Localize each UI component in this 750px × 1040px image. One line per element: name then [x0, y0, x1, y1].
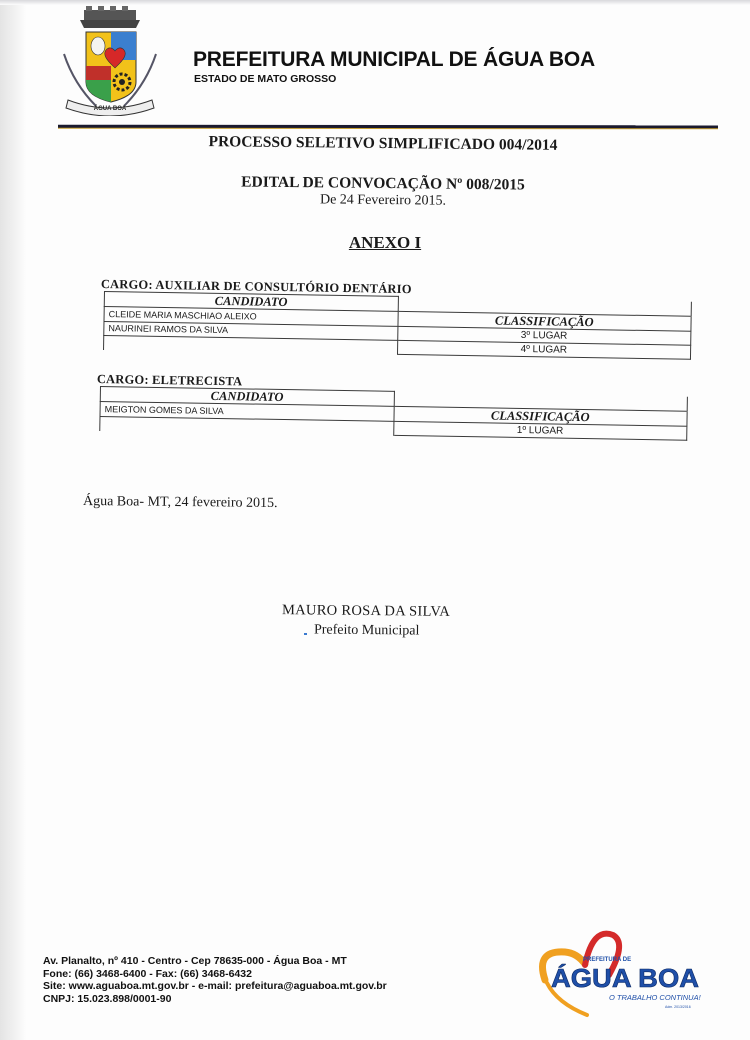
org-subtitle: ESTADO DE MATO GROSSO: [194, 73, 336, 85]
logo-term: Adm. 2013/2016: [665, 1005, 691, 1009]
signer-role: Prefeito Municipal: [314, 622, 420, 639]
place-date: Água Boa- MT, 24 fevereiro 2015.: [83, 494, 278, 512]
footer-cnpj: CNPJ: 15.023.898/0001-90: [43, 993, 387, 1006]
footer-contact: Av. Planalto, nº 410 - Centro - Cep 7863…: [43, 955, 387, 1005]
candidates-table: CANDIDATO CLEIDE MARIA MASCHIAO ALEIXO C…: [103, 291, 692, 360]
footer-site-email: Site: www.aguaboa.mt.gov.br - e-mail: pr…: [43, 980, 387, 993]
process-title: PROCESSO SELETIVO SIMPLIFICADO 004/2014: [8, 131, 750, 157]
header-divider: [58, 125, 718, 129]
candidates-table: CANDIDATO MEIGTON GOMES DA SILVA CLASSIF…: [99, 386, 688, 441]
coat-of-arms-icon: ÁGUA BOA: [56, 4, 164, 116]
annex-title: ANEXO I: [10, 233, 750, 253]
signer-name: MAURO ROSA DA SILVA: [282, 602, 450, 621]
scan-edge-shadow: [0, 0, 26, 1040]
footer-address: Av. Planalto, nº 410 - Centro - Cep 7863…: [43, 955, 387, 968]
org-title: PREFEITURA MUNICIPAL DE ÁGUA BOA: [193, 48, 595, 72]
scan-mark: [304, 633, 307, 635]
city-logo-icon: PREFEITURA DE ÁGUA BOA O TRABALHO CONTIN…: [525, 925, 705, 1020]
logo-main-text: ÁGUA BOA: [551, 963, 699, 993]
logo-slogan: O TRABALHO CONTINUA!: [609, 993, 702, 1002]
crest-banner-text: ÁGUA BOA: [94, 105, 127, 112]
footer-phone: Fone: (66) 3468-6400 - Fax: (66) 3468-64…: [43, 968, 387, 981]
